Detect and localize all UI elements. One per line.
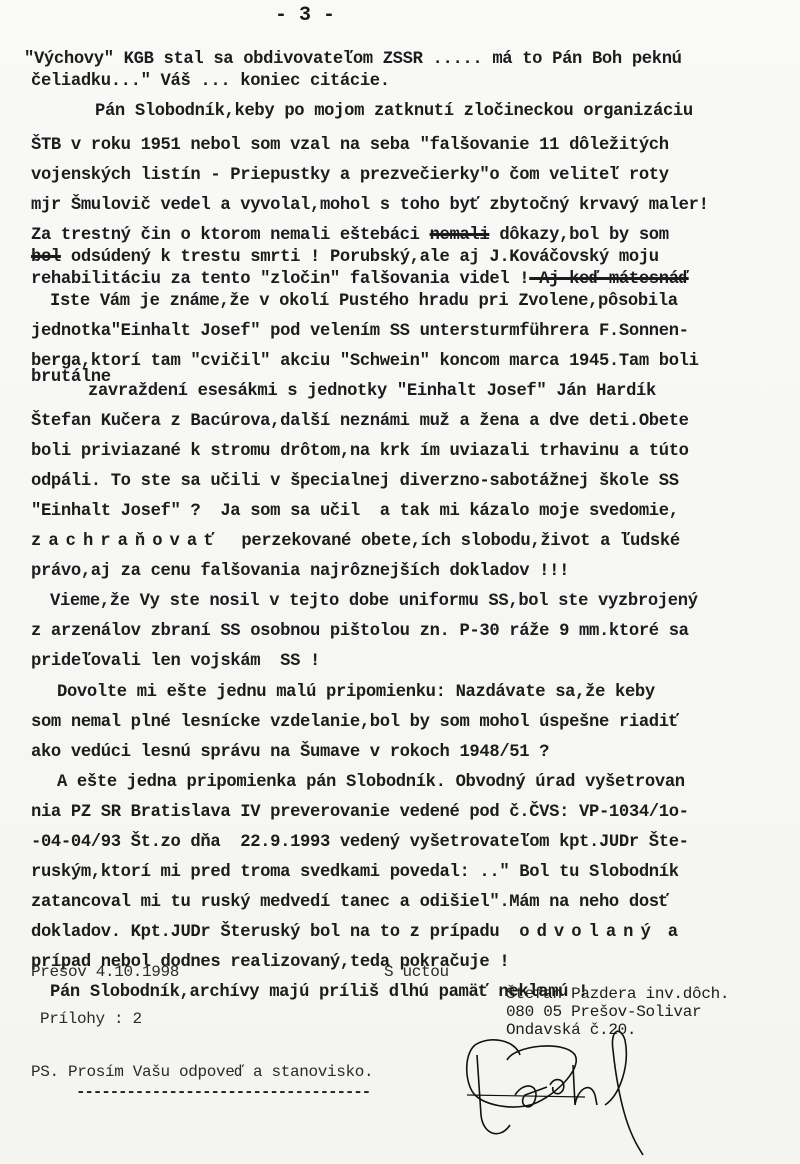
letter-line: jednotka"Einhalt Josef" pod velením SS u… bbox=[31, 322, 689, 342]
letter-line: odpáli. To ste sa učili v špecialnej div… bbox=[31, 472, 679, 492]
letter-page: - 3 - "Výchovy" KGB stal sa obdivovateľo… bbox=[0, 0, 800, 1164]
line-text: rehabilitáciu za tento "zločin" falšovan… bbox=[31, 270, 529, 289]
line-text: Pán Slobodník,keby po mojom zatknutí zlo… bbox=[95, 102, 693, 121]
line-continuation: dôkazy,bol by som bbox=[489, 226, 668, 245]
line-text: dokladov. Kpt.JUDr Šteruský bol na to z … bbox=[31, 923, 499, 942]
line-text: Za trestný čin o ktorom nemali eštebáci bbox=[31, 226, 420, 245]
line-text: Iste Vám je známe,že v okolí Pustého hra… bbox=[50, 292, 678, 311]
letter-line: Vieme,že Vy ste nosil v tejto dobe unifo… bbox=[50, 592, 698, 612]
letter-line: rehabilitáciu za tento "zločin" falšovan… bbox=[31, 270, 689, 290]
line-text: som nemal plné lesnícke vzdelanie,bol by… bbox=[31, 713, 679, 732]
sender-name: Štefan Pazdera inv.dôch. bbox=[506, 985, 729, 1003]
letter-line: "Výchovy" KGB stal sa obdivovateľom ZSSR… bbox=[24, 50, 682, 70]
letter-line: vojenských listín - Priepustky a prezveč… bbox=[31, 166, 669, 186]
line-text: jednotka"Einhalt Josef" pod velením SS u… bbox=[31, 322, 689, 341]
letter-line: bol odsúdený k trestu smrti ! Porubský,a… bbox=[31, 248, 659, 268]
line-text: A ešte jedna pripomienka pán Slobodník. … bbox=[57, 773, 685, 792]
letter-line: dokladov. Kpt.JUDr Šteruský bol na to z … bbox=[31, 923, 678, 943]
letter-line: ŠTB v roku 1951 nebol som vzal na seba "… bbox=[31, 136, 669, 156]
line-text: z arzenálov zbraní SS osobnou pištolou z… bbox=[31, 622, 689, 641]
place-date: Prešov 4.10.1998 bbox=[31, 962, 179, 982]
line-text: berga,ktorí tam "cvičil" akciu "Schwein"… bbox=[31, 352, 699, 371]
letter-line: Za trestný čin o ktorom nemali eštebáci … bbox=[31, 226, 669, 246]
postscript: PS. Prosím Vašu odpoveď a stanovisko. bbox=[31, 1062, 373, 1082]
letter-line: právo,aj za cenu falšovania najrôznejšíc… bbox=[31, 562, 569, 582]
letter-line: Dovoltе mi ešte jednu malú pripomienku: … bbox=[57, 683, 655, 703]
line-text: Dovoltе mi ešte jednu malú pripomienku: … bbox=[57, 683, 655, 702]
sender-postal: 080 05 Prešov-Solivar bbox=[506, 1003, 701, 1021]
line-text: ruským,ktorí mi pred troma svedkami pove… bbox=[31, 863, 679, 882]
letter-line: nia PZ SR Bratislava IV preverovanie ved… bbox=[31, 803, 689, 823]
line-text: "Einhalt Josef" ? Ja som sa učil a tak m… bbox=[31, 502, 679, 521]
line-text: zavraždení esesákmi s jednotky "Einhalt … bbox=[88, 382, 656, 401]
letter-line: z arzenálov zbraní SS osobnou pištolou z… bbox=[31, 622, 689, 642]
line-text: vojenských listín - Priepustky a prezveč… bbox=[31, 166, 669, 185]
line-tail: a bbox=[658, 923, 678, 942]
letter-line: berga,ktorí tam "cvičil" akciu "Schwein"… bbox=[31, 352, 699, 372]
line-text: odpáli. To ste sa učili v špecialnej div… bbox=[31, 472, 679, 491]
salutation: S úctou bbox=[384, 962, 449, 982]
attachments-count: Prílohy : 2 bbox=[40, 1009, 142, 1029]
letter-line: Štefan Kučera z Bacúrova,další neznámi m… bbox=[31, 412, 689, 432]
line-text: "Výchovy" KGB stal sa obdivovateľom ZSSR… bbox=[24, 50, 682, 69]
line-text: právo,aj za cenu falšovania najrôznejšíc… bbox=[31, 562, 569, 581]
struck-text: nemali bbox=[430, 226, 490, 245]
line-text: prideľovali len vojskám SS ! bbox=[31, 652, 320, 671]
letter-line: Iste Vám je známe,že v okolí Pustého hra… bbox=[50, 292, 678, 312]
line-text: čeliadku..." Váš ... koniec citácie. bbox=[31, 72, 390, 91]
letter-line: prideľovali len vojskám SS ! bbox=[31, 652, 320, 672]
line-text: zachraňovať bbox=[31, 532, 221, 551]
letter-line: som nemal plné lesnícke vzdelanie,bol by… bbox=[31, 713, 679, 733]
letter-line: čeliadku..." Váš ... koniec citácie. bbox=[31, 72, 390, 92]
spaced-text: odvolaný bbox=[519, 923, 658, 942]
struck-text: bol bbox=[31, 248, 61, 267]
line-text: boli priviazané k stromu drôtom,na krk í… bbox=[31, 442, 689, 461]
letter-line: Pán Slobodník,keby po mojom zatknutí zlo… bbox=[95, 102, 693, 122]
line-continuation: perzekované obete,ích slobodu,život a ľu… bbox=[221, 532, 679, 551]
letter-line: ruským,ktorí mi pred troma svedkami pove… bbox=[31, 863, 679, 883]
line-text: mjr Šmulovič vedel a vyvolal,mohol s toh… bbox=[31, 196, 709, 215]
line-text: Štefan Kučera z Bacúrova,další neznámi m… bbox=[31, 412, 689, 431]
letter-line: -04-04/93 Št.zo dňa 22.9.1993 vedený vyš… bbox=[31, 833, 689, 853]
letter-line: mjr Šmulovič vedel a vyvolal,mohol s toh… bbox=[31, 196, 709, 216]
letter-line: boli priviazané k stromu drôtom,na krk í… bbox=[31, 442, 689, 462]
line-text: ako vedúci lesnú správu na Šumave v roko… bbox=[31, 743, 549, 762]
line-text: zatancoval mi tu ruský medvedí tanec a o… bbox=[31, 893, 669, 912]
struck-text: -Aj-keď-mátesnáď bbox=[529, 270, 688, 289]
letter-line: "Einhalt Josef" ? Ja som sa učil a tak m… bbox=[31, 502, 679, 522]
handwritten-signature bbox=[455, 1025, 695, 1160]
line-text: -04-04/93 Št.zo dňa 22.9.1993 vedený vyš… bbox=[31, 833, 689, 852]
line-text: ŠTB v roku 1951 nebol som vzal na seba "… bbox=[31, 136, 669, 155]
letter-line: zavraždení esesákmi s jednotky "Einhalt … bbox=[88, 382, 656, 402]
letter-line: ako vedúci lesnú správu na Šumave v roko… bbox=[31, 743, 549, 763]
postscript-underline: ----------------------------------- bbox=[76, 1083, 370, 1101]
page-number: - 3 - bbox=[275, 4, 335, 27]
line-text: nia PZ SR Bratislava IV preverovanie ved… bbox=[31, 803, 689, 822]
line-text: odsúdený k trestu smrti ! Porubský,ale a… bbox=[61, 248, 659, 267]
letter-line: A ešte jedna pripomienka pán Slobodník. … bbox=[57, 773, 685, 793]
line-text: Vieme,že Vy ste nosil v tejto dobe unifo… bbox=[50, 592, 698, 611]
letter-line: zachraňovať perzekované obete,ích slobod… bbox=[31, 532, 680, 552]
letter-line: zatancoval mi tu ruský medvedí tanec a o… bbox=[31, 893, 669, 913]
